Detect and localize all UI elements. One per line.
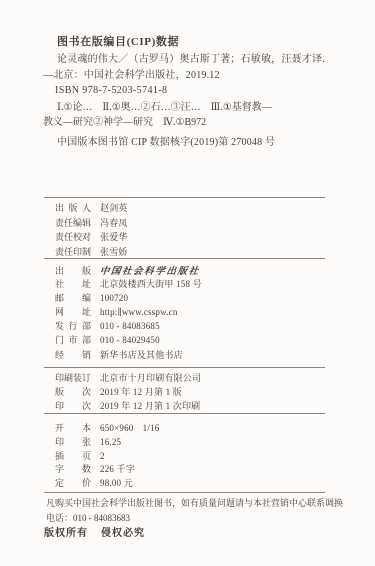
- specs-section: 开本 650×960 1/16 印张 16.25 插页 2 字数 226 千字 …: [55, 421, 159, 490]
- publisher-phone: 010 - 84083685: [100, 321, 160, 331]
- quality-notice-line-1: 凡购买中国社会科学出版社图书，如有质量问题请与本社营销中心联系调换: [46, 496, 346, 511]
- spec-value: 2: [100, 451, 105, 461]
- printing-label: 印次: [55, 399, 91, 412]
- divider-rule-2: [44, 258, 325, 259]
- spec-value: 650×960 1/16: [100, 421, 159, 434]
- printing-value: 2019 年 12 月第 1 次印刷: [100, 399, 200, 412]
- staff-label: 责任编辑: [55, 216, 91, 229]
- staff-row: 责任编辑 冯春凤: [55, 216, 128, 231]
- spec-label: 印张: [55, 435, 91, 448]
- cip-publisher-line: —北京：中国社会科学出版社，2019.12: [43, 68, 333, 84]
- printing-label: 印刷装订: [55, 371, 91, 384]
- printing-section: 印刷装订 北京市十月印刷有限公司 版次 2019 年 12 月第 1 版 印次 …: [55, 371, 201, 412]
- printing-value: 北京市十月印刷有限公司: [100, 371, 201, 384]
- spec-row: 定价 98.00 元: [55, 476, 159, 490]
- spec-value: 16.25: [100, 437, 121, 447]
- cip-title-author-line: 论灵魂的伟大／（古罗马）奥古斯丁著；石敏敏，汪聂才译.: [43, 52, 333, 68]
- copyright-reserved-text: 版权所有: [44, 524, 88, 539]
- staff-row: 责任校对 张爱华: [55, 230, 128, 245]
- spec-value: 226 千字: [100, 462, 135, 475]
- staff-value: 张爱华: [100, 230, 128, 243]
- spec-label: 字数: [55, 462, 91, 475]
- cip-header: 图书在版编目(CIP)数据: [57, 33, 179, 49]
- publisher-label: 出版: [55, 264, 91, 277]
- printing-row: 印刷装订 北京市十月印刷有限公司: [55, 371, 201, 385]
- spec-row: 插页 2: [55, 449, 159, 463]
- staff-value: 赵剑英: [100, 201, 128, 214]
- cip-classification: Ⅰ.①论… Ⅱ.①奥…②石…③汪… Ⅲ.①基督教— 教义—研究②神学—研究 Ⅳ.…: [43, 100, 333, 131]
- quality-notice: 凡购买中国社会科学出版社图书，如有质量问题请与本社营销中心联系调换 电话：010…: [46, 496, 346, 526]
- cip-class-line-2: 教义—研究②神学—研究 Ⅳ.①B972: [43, 115, 333, 130]
- publisher-label: 发行部: [55, 319, 91, 332]
- cip-description: 论灵魂的伟大／（古罗马）奥古斯丁著；石敏敏，汪聂才译. —北京：中国社会科学出版…: [43, 52, 333, 99]
- printing-label: 版次: [55, 385, 91, 398]
- spec-label: 插页: [55, 449, 91, 462]
- publisher-row: 邮编 100720: [55, 291, 202, 305]
- publisher-row: 出版 中国社会科学出版社: [55, 263, 202, 277]
- publisher-label: 邮编: [55, 291, 91, 304]
- publisher-row: 社址 北京鼓楼西大街甲 158 号: [55, 277, 202, 291]
- publisher-website: http:∥www.csspw.cn: [100, 307, 178, 318]
- divider-rule-1: [44, 197, 325, 198]
- staff-section: 出版人 赵剑英 责任编辑 冯春凤 责任校对 张爱华 责任印制 张雪娇: [55, 201, 128, 259]
- printing-value: 2019 年 12 月第 1 版: [100, 385, 182, 398]
- staff-row: 出版人 赵剑英: [55, 201, 128, 216]
- publisher-row: 发行部 010 - 84083685: [55, 319, 202, 333]
- cip-class-line-1: Ⅰ.①论… Ⅱ.①奥…②石…③汪… Ⅲ.①基督教—: [43, 100, 333, 115]
- cip-record-number: 中国版本图书馆 CIP 数据核字(2019)第 270048 号: [57, 133, 275, 148]
- publisher-label: 网址: [55, 305, 91, 318]
- publisher-section: 出版 中国社会科学出版社 社址 北京鼓楼西大街甲 158 号 邮编 100720…: [55, 263, 202, 362]
- publisher-label: 社址: [55, 277, 91, 290]
- publisher-value: 新华书店及其他书店: [100, 348, 183, 361]
- publisher-value: 北京鼓楼西大街甲 158 号: [100, 277, 202, 290]
- spec-row: 字数 226 千字: [55, 462, 159, 476]
- spec-price: 98.00 元: [100, 476, 133, 489]
- staff-value: 冯春凤: [100, 216, 128, 229]
- publisher-value: 100720: [100, 293, 128, 303]
- staff-label: 责任校对: [55, 230, 91, 243]
- staff-row: 责任印制 张雪娇: [55, 245, 128, 260]
- spec-label: 开本: [55, 421, 91, 434]
- isbn-line: ISBN 978-7-5203-5741-8: [43, 83, 333, 99]
- publisher-logotype: 中国社会科学出版社: [99, 263, 201, 277]
- publisher-row: 门市部 010 - 84029450: [55, 333, 202, 347]
- divider-rule-5: [44, 492, 325, 493]
- divider-rule-4: [44, 413, 325, 414]
- divider-rule-3: [44, 367, 325, 368]
- spec-row: 开本 650×960 1/16: [55, 421, 159, 435]
- spec-row: 印张 16.25: [55, 435, 159, 449]
- staff-label: 出版人: [55, 201, 91, 214]
- spec-label: 定价: [55, 476, 91, 489]
- printing-row: 版次 2019 年 12 月第 1 版: [55, 385, 201, 399]
- publisher-label: 经销: [55, 348, 91, 361]
- printing-row: 印次 2019 年 12 月第 1 次印刷: [55, 399, 201, 413]
- publisher-label: 门市部: [55, 333, 91, 346]
- copyright-statement: 版权所有 侵权必究: [44, 524, 145, 539]
- publisher-phone: 010 - 84029450: [100, 335, 160, 345]
- infringement-text: 侵权必究: [101, 524, 145, 539]
- staff-label: 责任印制: [55, 245, 91, 258]
- staff-value: 张雪娇: [100, 245, 128, 258]
- copyright-page: 图书在版编目(CIP)数据 论灵魂的伟大／（古罗马）奥古斯丁著；石敏敏，汪聂才译…: [0, 0, 375, 566]
- publisher-row: 网址 http:∥www.csspw.cn: [55, 305, 202, 319]
- publisher-row: 经销 新华书店及其他书店: [55, 348, 202, 362]
